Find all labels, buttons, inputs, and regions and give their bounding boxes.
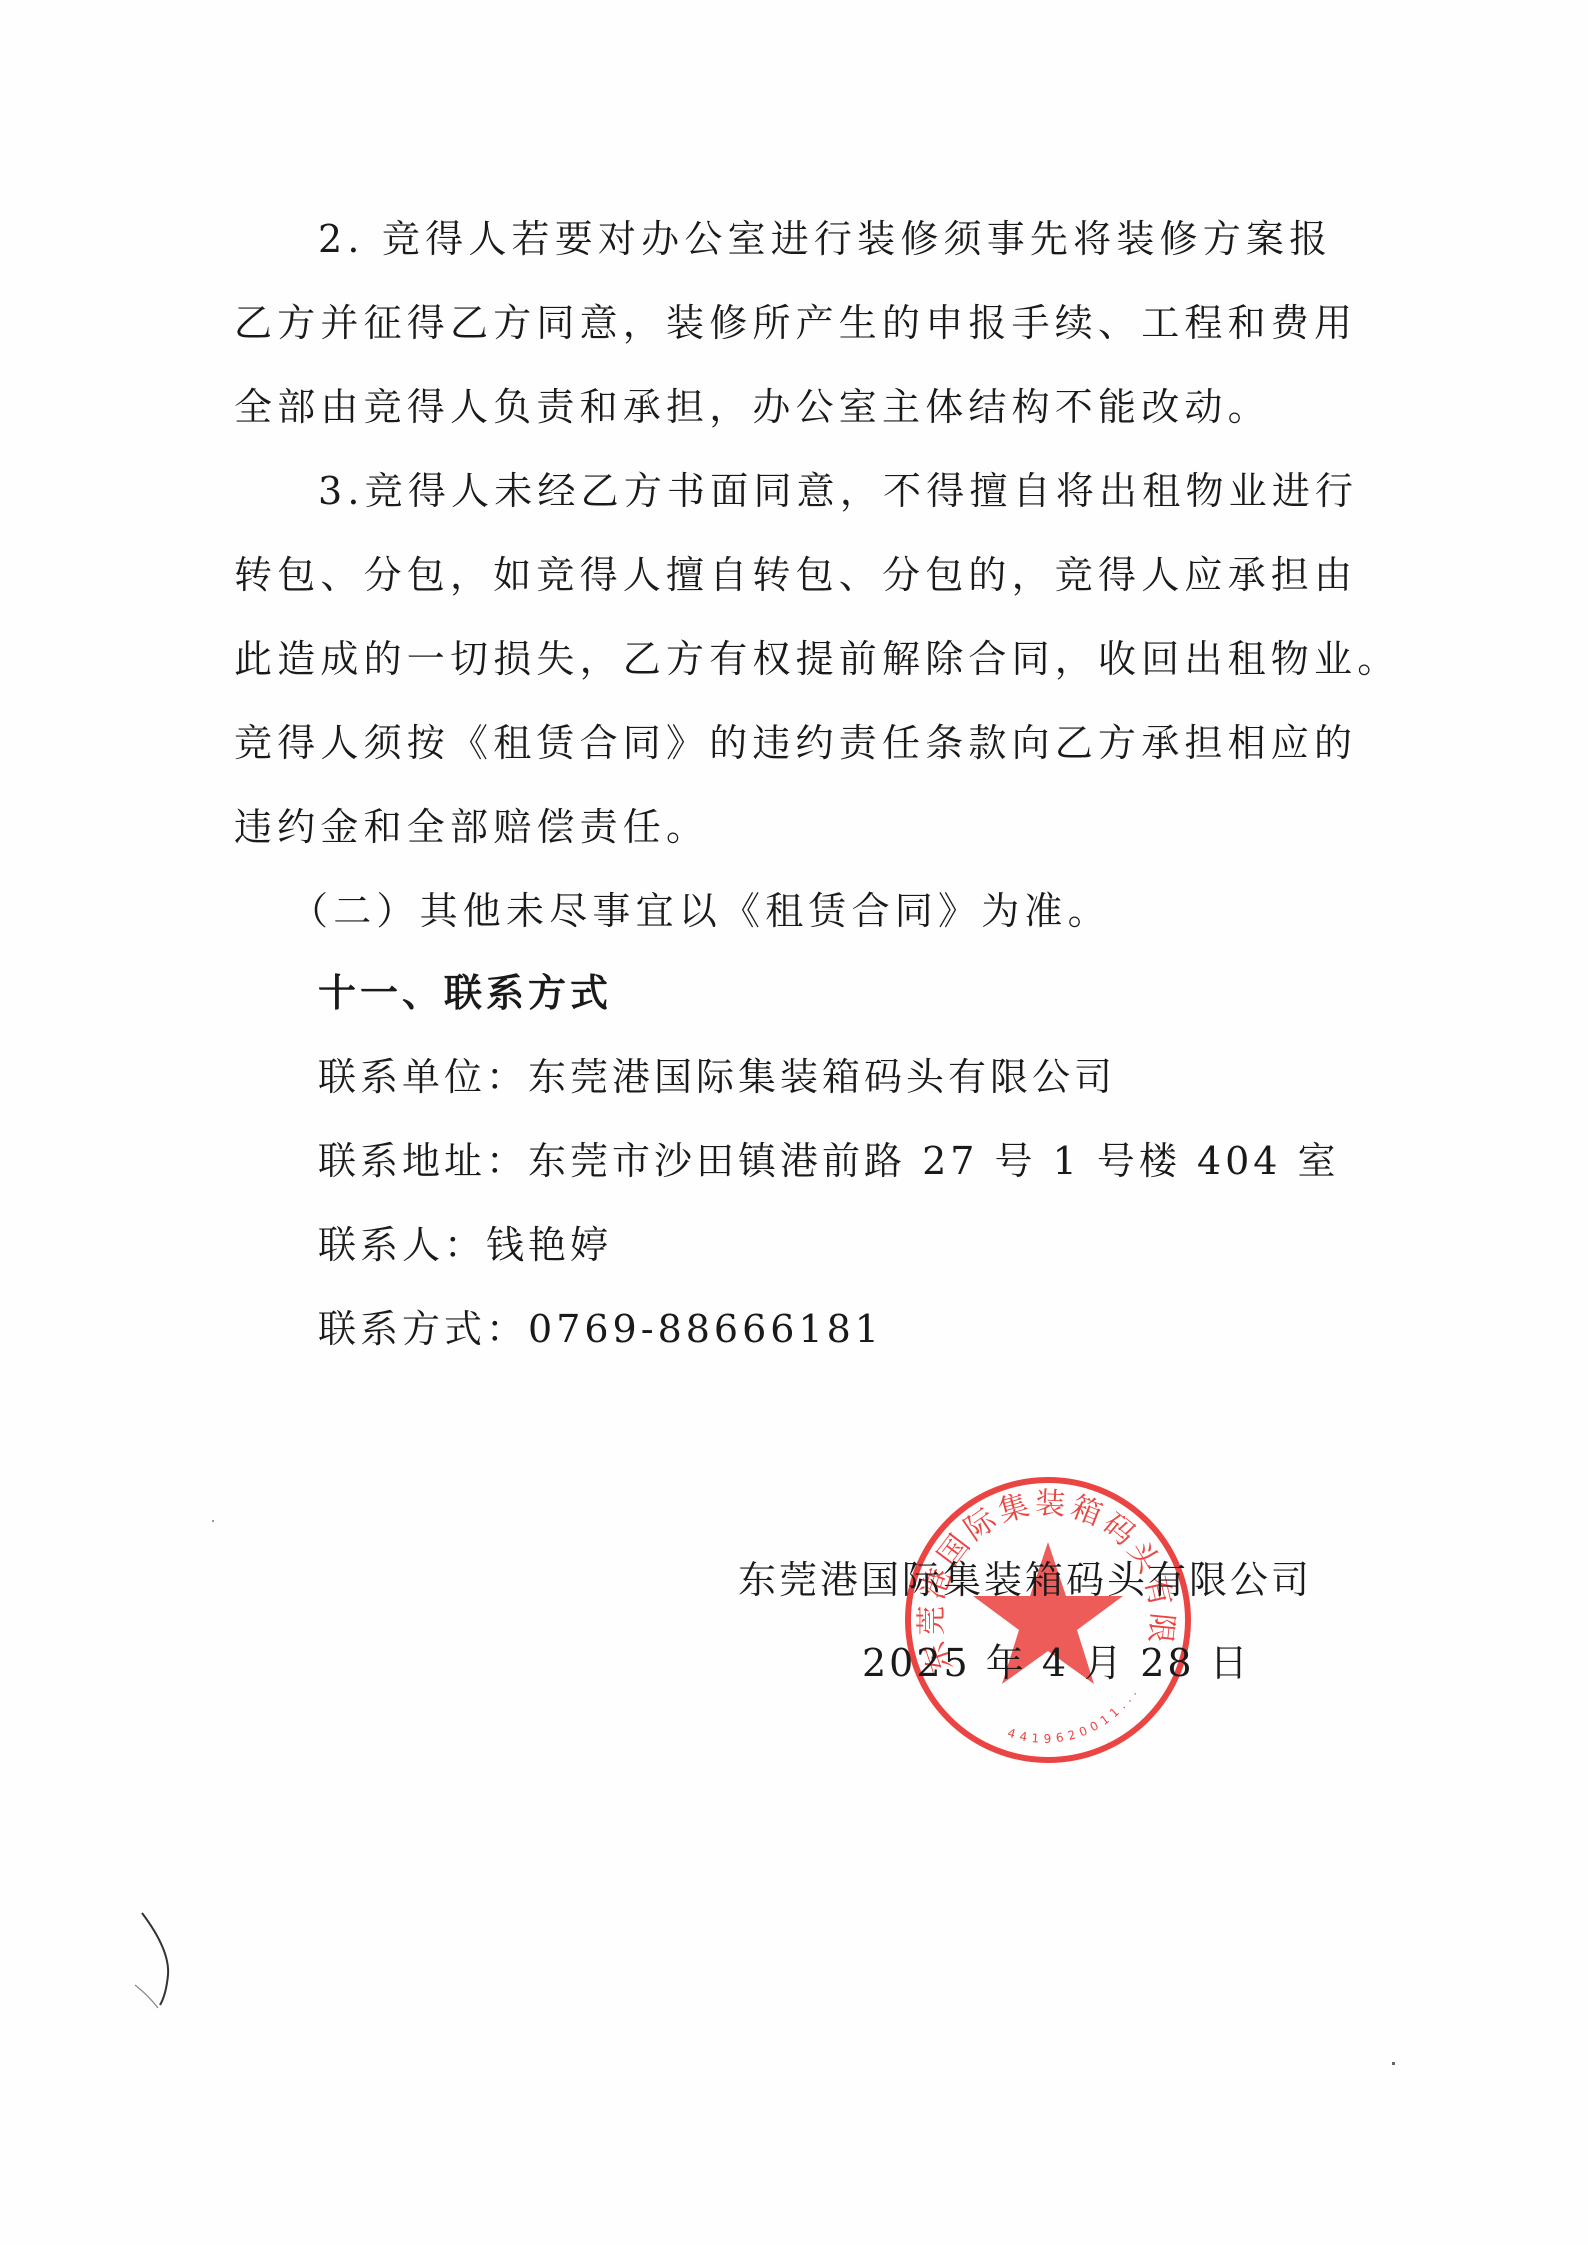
contact-unit-label: 联系单位： — [318, 1055, 528, 1099]
item3-line-2: 转包、分包，如竞得人擅自转包、分包的，竞得人应承担由 — [234, 550, 1334, 600]
item3-line-5: 违约金和全部赔偿责任。 — [234, 802, 1334, 852]
item2-line-1: 2. 竞得人若要对办公室进行装修须事先将装修方案报 — [318, 214, 1418, 264]
scan-speck — [212, 1520, 214, 1522]
contact-person-label: 联系人： — [318, 1223, 486, 1267]
official-seal-stamp: 东莞港国际集装箱码头有限公司 4419620011... — [898, 1470, 1198, 1770]
contact-phone-row: 联系方式：0769-88666181 — [318, 1304, 1418, 1354]
contact-unit-row: 联系单位：东莞港国际集装箱码头有限公司 — [318, 1052, 1418, 1102]
contact-address-row: 联系地址：东莞市沙田镇港前路 27 号 1 号楼 404 室 — [318, 1136, 1418, 1186]
contact-unit-value: 东莞港国际集装箱码头有限公司 — [528, 1055, 1116, 1099]
pen-mark — [130, 1905, 190, 2015]
document-page: 2. 竞得人若要对办公室进行装修须事先将装修方案报 乙方并征得乙方同意，装修所产… — [0, 0, 1588, 2245]
scan-speck — [1392, 2062, 1395, 2065]
item3-line-3: 此造成的一切损失，乙方有权提前解除合同，收回出租物业。 — [234, 634, 1334, 684]
signature-company: 东莞港国际集装箱码头有限公司 — [738, 1555, 1312, 1605]
item2-line-2: 乙方并征得乙方同意，装修所产生的申报手续、工程和费用 — [234, 298, 1334, 348]
item3-line-4: 竞得人须按《租赁合同》的违约责任条款向乙方承担相应的 — [234, 718, 1334, 768]
contact-phone-value: 0769-88666181 — [528, 1307, 883, 1351]
contact-section-heading: 十一、联系方式 — [318, 968, 1418, 1018]
contact-person-value: 钱艳婷 — [486, 1223, 612, 1267]
contact-phone-label: 联系方式： — [318, 1307, 528, 1351]
contact-address-label: 联系地址： — [318, 1139, 528, 1183]
contact-address-value: 东莞市沙田镇港前路 27 号 1 号楼 404 室 — [528, 1139, 1340, 1183]
item2-line-3: 全部由竞得人负责和承担，办公室主体结构不能改动。 — [234, 382, 1334, 432]
signature-date: 2025 年 4 月 28 日 — [862, 1638, 1251, 1688]
item3-line-1: 3.竞得人未经乙方书面同意，不得擅自将出租物业进行 — [318, 466, 1418, 516]
other-matters-paragraph: （二）其他未尽事宜以《租赁合同》为准。 — [290, 886, 1390, 936]
contact-person-row: 联系人：钱艳婷 — [318, 1220, 1418, 1270]
